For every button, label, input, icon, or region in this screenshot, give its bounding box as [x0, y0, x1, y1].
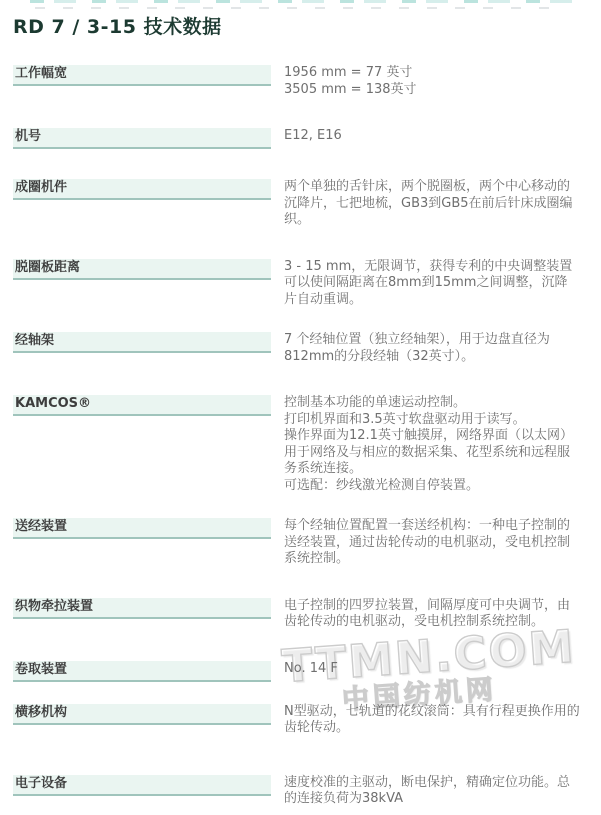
spec-row: 卷取装置 No. 14 F	[13, 661, 588, 682]
spec-label: KAMCOS®	[13, 395, 271, 416]
spec-row: 横移机构 N型驱动，七轨道的花纹滚筒：具有行程更换作用的齿轮传动。	[13, 704, 588, 737]
technical-data-page: RD 7 / 3-15 技术数据 工作幅宽 1956 mm = 77 英寸350…	[0, 0, 601, 808]
spec-value-line: 控制基本功能的单速运动控制。	[284, 395, 580, 412]
spec-value-line: 7 个经轴位置（独立经轴架），用于边盘直径为812mm的分段经轴（32英寸）。	[284, 332, 580, 365]
spec-value: N型驱动，七轨道的花纹滚筒：具有行程更换作用的齿轮传动。	[284, 704, 580, 737]
spec-row: KAMCOS® 控制基本功能的单速运动控制。打印机界面和3.5英寸软盘驱动用于读…	[13, 395, 588, 494]
spec-value: No. 14 F	[284, 661, 580, 678]
spec-table: 工作幅宽 1956 mm = 77 英寸3505 mm = 138英寸 机号 E…	[13, 65, 588, 808]
spec-value-line: 1956 mm = 77 英寸	[284, 65, 580, 82]
spec-row: 经轴架 7 个经轴位置（独立经轴架），用于边盘直径为812mm的分段经轴（32英…	[13, 332, 588, 365]
spec-label: 成圈机件	[13, 179, 271, 200]
spec-value-line: 3505 mm = 138英寸	[284, 82, 580, 99]
spec-value-line: 电子控制的四罗拉装置，间隔厚度可中央调节，由齿轮传动的电机驱动，受电机控制系统控…	[284, 598, 580, 631]
spec-value-line: 操作界面为12.1英寸触摸屏，网络界面（以太网）用于网络及与相应的数据采集、花型…	[284, 428, 580, 478]
spec-value: 3 - 15 mm，无限调节，获得专利的中央调整装置可以使间隔距离在8mm到15…	[284, 259, 580, 309]
spec-row: 送经装置 每个经轴位置配置一套送经机构：一种电子控制的送经装置，通过齿轮传动的电…	[13, 518, 588, 568]
spec-value-line: 可选配：纱线激光检测自停装置。	[284, 478, 580, 495]
spec-value-line: N型驱动，七轨道的花纹滚筒：具有行程更换作用的齿轮传动。	[284, 704, 580, 737]
spec-label: 织物牵拉装置	[13, 598, 271, 619]
spec-row: 织物牵拉装置 电子控制的四罗拉装置，间隔厚度可中央调节，由齿轮传动的电机驱动，受…	[13, 598, 588, 631]
spec-value: 控制基本功能的单速运动控制。打印机界面和3.5英寸软盘驱动用于读写。操作界面为1…	[284, 395, 580, 494]
spec-value: E12, E16	[284, 128, 580, 145]
spec-label: 横移机构	[13, 704, 271, 725]
spec-value: 电子控制的四罗拉装置，间隔厚度可中央调节，由齿轮传动的电机驱动，受电机控制系统控…	[284, 598, 580, 631]
spec-value-line: 每个经轴位置配置一套送经机构：一种电子控制的送经装置，通过齿轮传动的电机驱动，受…	[284, 518, 580, 568]
spec-label: 经轴架	[13, 332, 271, 353]
spec-row: 脱圈板距离 3 - 15 mm，无限调节，获得专利的中央调整装置可以使间隔距离在…	[13, 259, 588, 309]
spec-value: 速度校准的主驱动，断电保护，精确定位功能。总的连接负荷为38kVA	[284, 775, 580, 808]
spec-value-line: 两个单独的舌针床，两个脱圈板，两个中心移动的沉降片，七把地梳，GB3到GB5在前…	[284, 179, 580, 229]
spec-value: 7 个经轴位置（独立经轴架），用于边盘直径为812mm的分段经轴（32英寸）。	[284, 332, 580, 365]
spec-value: 1956 mm = 77 英寸3505 mm = 138英寸	[284, 65, 580, 98]
spec-row: 机号 E12, E16	[13, 128, 588, 149]
spec-label: 工作幅宽	[13, 65, 271, 86]
spec-value-line: 打印机界面和3.5英寸软盘驱动用于读写。	[284, 412, 580, 429]
spec-value-line: 速度校准的主驱动，断电保护，精确定位功能。总的连接负荷为38kVA	[284, 775, 580, 808]
spec-row: 成圈机件 两个单独的舌针床，两个脱圈板，两个中心移动的沉降片，七把地梳，GB3到…	[13, 179, 588, 229]
spec-label: 脱圈板距离	[13, 259, 271, 280]
spec-label: 电子设备	[13, 775, 271, 796]
page-title: RD 7 / 3-15 技术数据	[13, 12, 588, 39]
spec-label: 机号	[13, 128, 271, 149]
spec-value: 每个经轴位置配置一套送经机构：一种电子控制的送经装置，通过齿轮传动的电机驱动，受…	[284, 518, 580, 568]
spec-value-line: E12, E16	[284, 128, 580, 145]
spec-value-line: 3 - 15 mm，无限调节，获得专利的中央调整装置可以使间隔距离在8mm到15…	[284, 259, 580, 309]
spec-row: 电子设备 速度校准的主驱动，断电保护，精确定位功能。总的连接负荷为38kVA	[13, 775, 588, 808]
spec-value-line: No. 14 F	[284, 661, 580, 678]
spec-label: 卷取装置	[13, 661, 271, 682]
spec-label: 送经装置	[13, 518, 271, 539]
spec-row: 工作幅宽 1956 mm = 77 英寸3505 mm = 138英寸	[13, 65, 588, 98]
spec-value: 两个单独的舌针床，两个脱圈板，两个中心移动的沉降片，七把地梳，GB3到GB5在前…	[284, 179, 580, 229]
